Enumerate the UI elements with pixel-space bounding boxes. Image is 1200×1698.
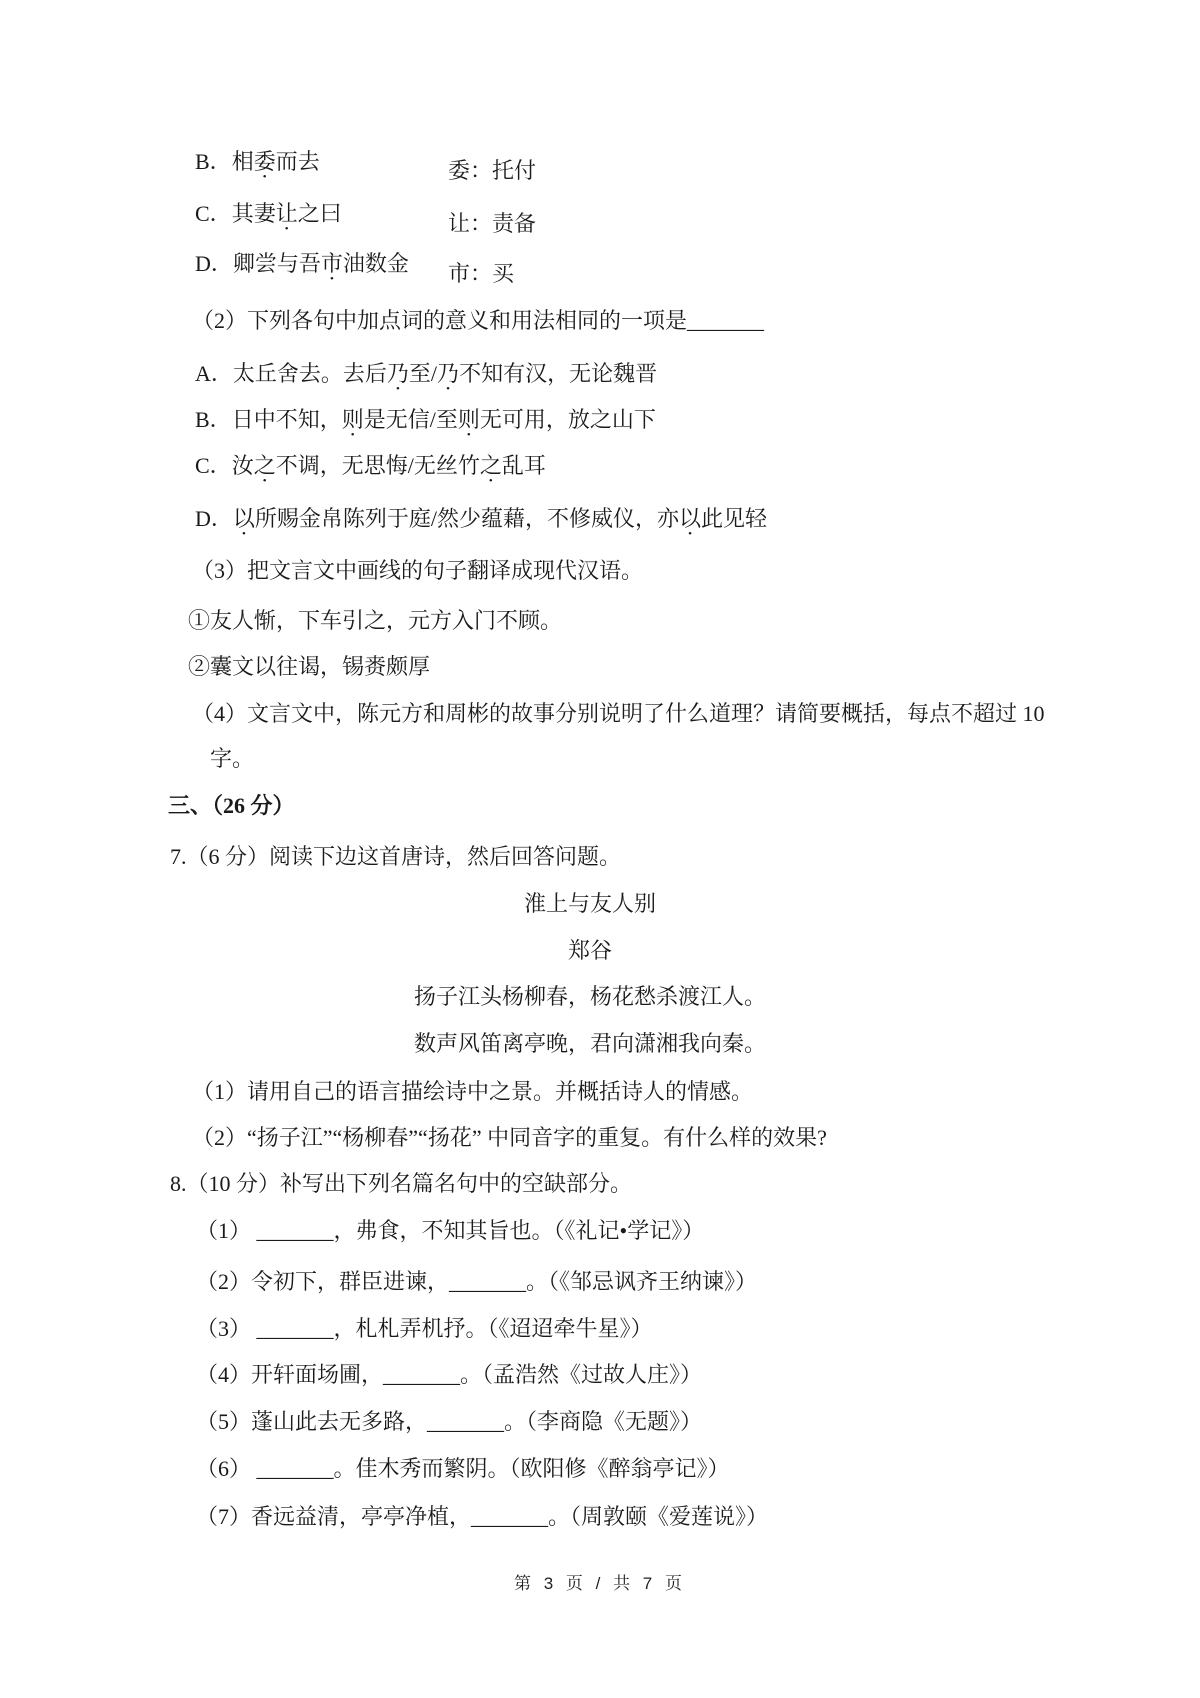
q8-item-4: （4）开轩面场圃，_______。（孟浩然《过故人庄》） (196, 1361, 702, 1389)
q3-stem: （3）把文言文中画线的句子翻译成现代汉语。 (192, 557, 643, 585)
q8-item-2: （2）令初下，群臣进谏，_______。（《邹忌讽齐王纳谏》） (196, 1268, 757, 1296)
gloss-definition-b: 委：托付 (448, 157, 536, 185)
q2-option-a-text: 太丘舍去。去后乃至/乃不知有汉，无论魏晋 (233, 361, 657, 386)
q8-stem: 8.（10 分）补写出下列名篇名句中的空缺部分。 (170, 1170, 632, 1198)
q2-option-b: B．日中不知，则是无信/至则无可用，放之山下 (195, 406, 656, 434)
option-label-d: D． (195, 251, 233, 276)
q8-item-6: （6） _______。佳木秀而繁阴。（欧阳修《醉翁亭记》） (196, 1455, 730, 1483)
q2-option-b-text: 日中不知，则是无信/至则无可用，放之山下 (232, 407, 656, 432)
q7-sub-1: （1）请用自己的语言描绘诗中之景。并概括诗人的情感。 (192, 1078, 753, 1106)
poem-line-2: 数声风笛离亭晚，君向潇湘我向秦。 (150, 1030, 1030, 1058)
q8-item-7: （7）香远益清，亭亭净植，_______。（周敦颐《爱莲说》） (196, 1503, 768, 1531)
gloss-definition-c: 让：责备 (448, 210, 536, 238)
q8-item-3: （3） _______，札札弄机抒。（《迢迢牵牛星》） (196, 1315, 653, 1343)
q8-item-5: （5）蓬山此去无多路，_______。（李商隐《无题》） (196, 1408, 702, 1436)
q2-option-a: A．太丘舍去。去后乃至/乃不知有汉，无论魏晋 (195, 360, 657, 388)
section-heading: 三、（26 分） (168, 792, 295, 820)
option-label-b: B． (195, 149, 232, 174)
gloss-option-row-c: C．其妻让之曰 (195, 200, 342, 228)
q4-text-line-1: （4）文言文中，陈元方和周彬的故事分别说明了什么道理？请简要概括，每点不超过 1… (192, 700, 1045, 728)
q3-item-1: ①友人惭，下车引之，元方入门不顾。 (188, 607, 562, 635)
option-text-b: 相委而去 (232, 149, 320, 174)
q7-stem: 7.（6 分）阅读下边这首唐诗，然后回答问题。 (170, 843, 621, 871)
q2-option-d: D．以所赐金帛陈列于庭/然少蕴藉，不修威仪，亦以此见轻 (195, 505, 767, 533)
option-text-d: 卿尝与吾市油数金 (233, 251, 409, 276)
poem-line-1: 扬子江头杨柳春，杨花愁杀渡江人。 (150, 983, 1030, 1011)
q2-option-d-text: 以所赐金帛陈列于庭/然少蕴藉，不修威仪，亦以此见轻 (233, 506, 767, 531)
q8-item-1: （1） _______，弗食，不知其旨也。（《礼记•学记》） (196, 1217, 704, 1245)
q2-option-c: C．汝之不调，无思悔/无丝竹之乱耳 (195, 452, 546, 480)
q4-text-line-2: 字。 (210, 745, 254, 773)
gloss-option-row-d: D．卿尝与吾市油数金 (195, 250, 409, 278)
q2-option-d-label: D． (195, 506, 233, 531)
gloss-definition-d: 市：买 (448, 260, 514, 288)
q2-option-b-label: B． (195, 407, 232, 432)
exam-paper-page: B．相委而去 委：托付 C．其妻让之曰 让：责备 D．卿尝与吾市油数金 市：买 … (0, 0, 1200, 1698)
q2-option-a-label: A． (195, 361, 233, 386)
option-label-c: C． (195, 201, 232, 226)
gloss-option-row-b: B．相委而去 (195, 148, 320, 176)
q2-option-c-label: C． (195, 453, 232, 478)
q7-sub-2: （2）“扬子江”“杨柳春”“扬花” 中同音字的重复。有什么样的效果? (192, 1124, 827, 1152)
poem-author: 郑谷 (150, 937, 1030, 965)
q3-item-2: ②囊文以往谒，锡赉颇厚 (188, 653, 430, 681)
poem-title: 淮上与友人别 (150, 890, 1030, 918)
q2-stem: （2）下列各句中加点词的意义和用法相同的一项是_______ (192, 307, 764, 335)
option-text-c: 其妻让之曰 (232, 201, 342, 226)
page-number: 第 3 页 / 共 7 页 (0, 1573, 1200, 1594)
q2-option-c-text: 汝之不调，无思悔/无丝竹之乱耳 (232, 453, 546, 478)
